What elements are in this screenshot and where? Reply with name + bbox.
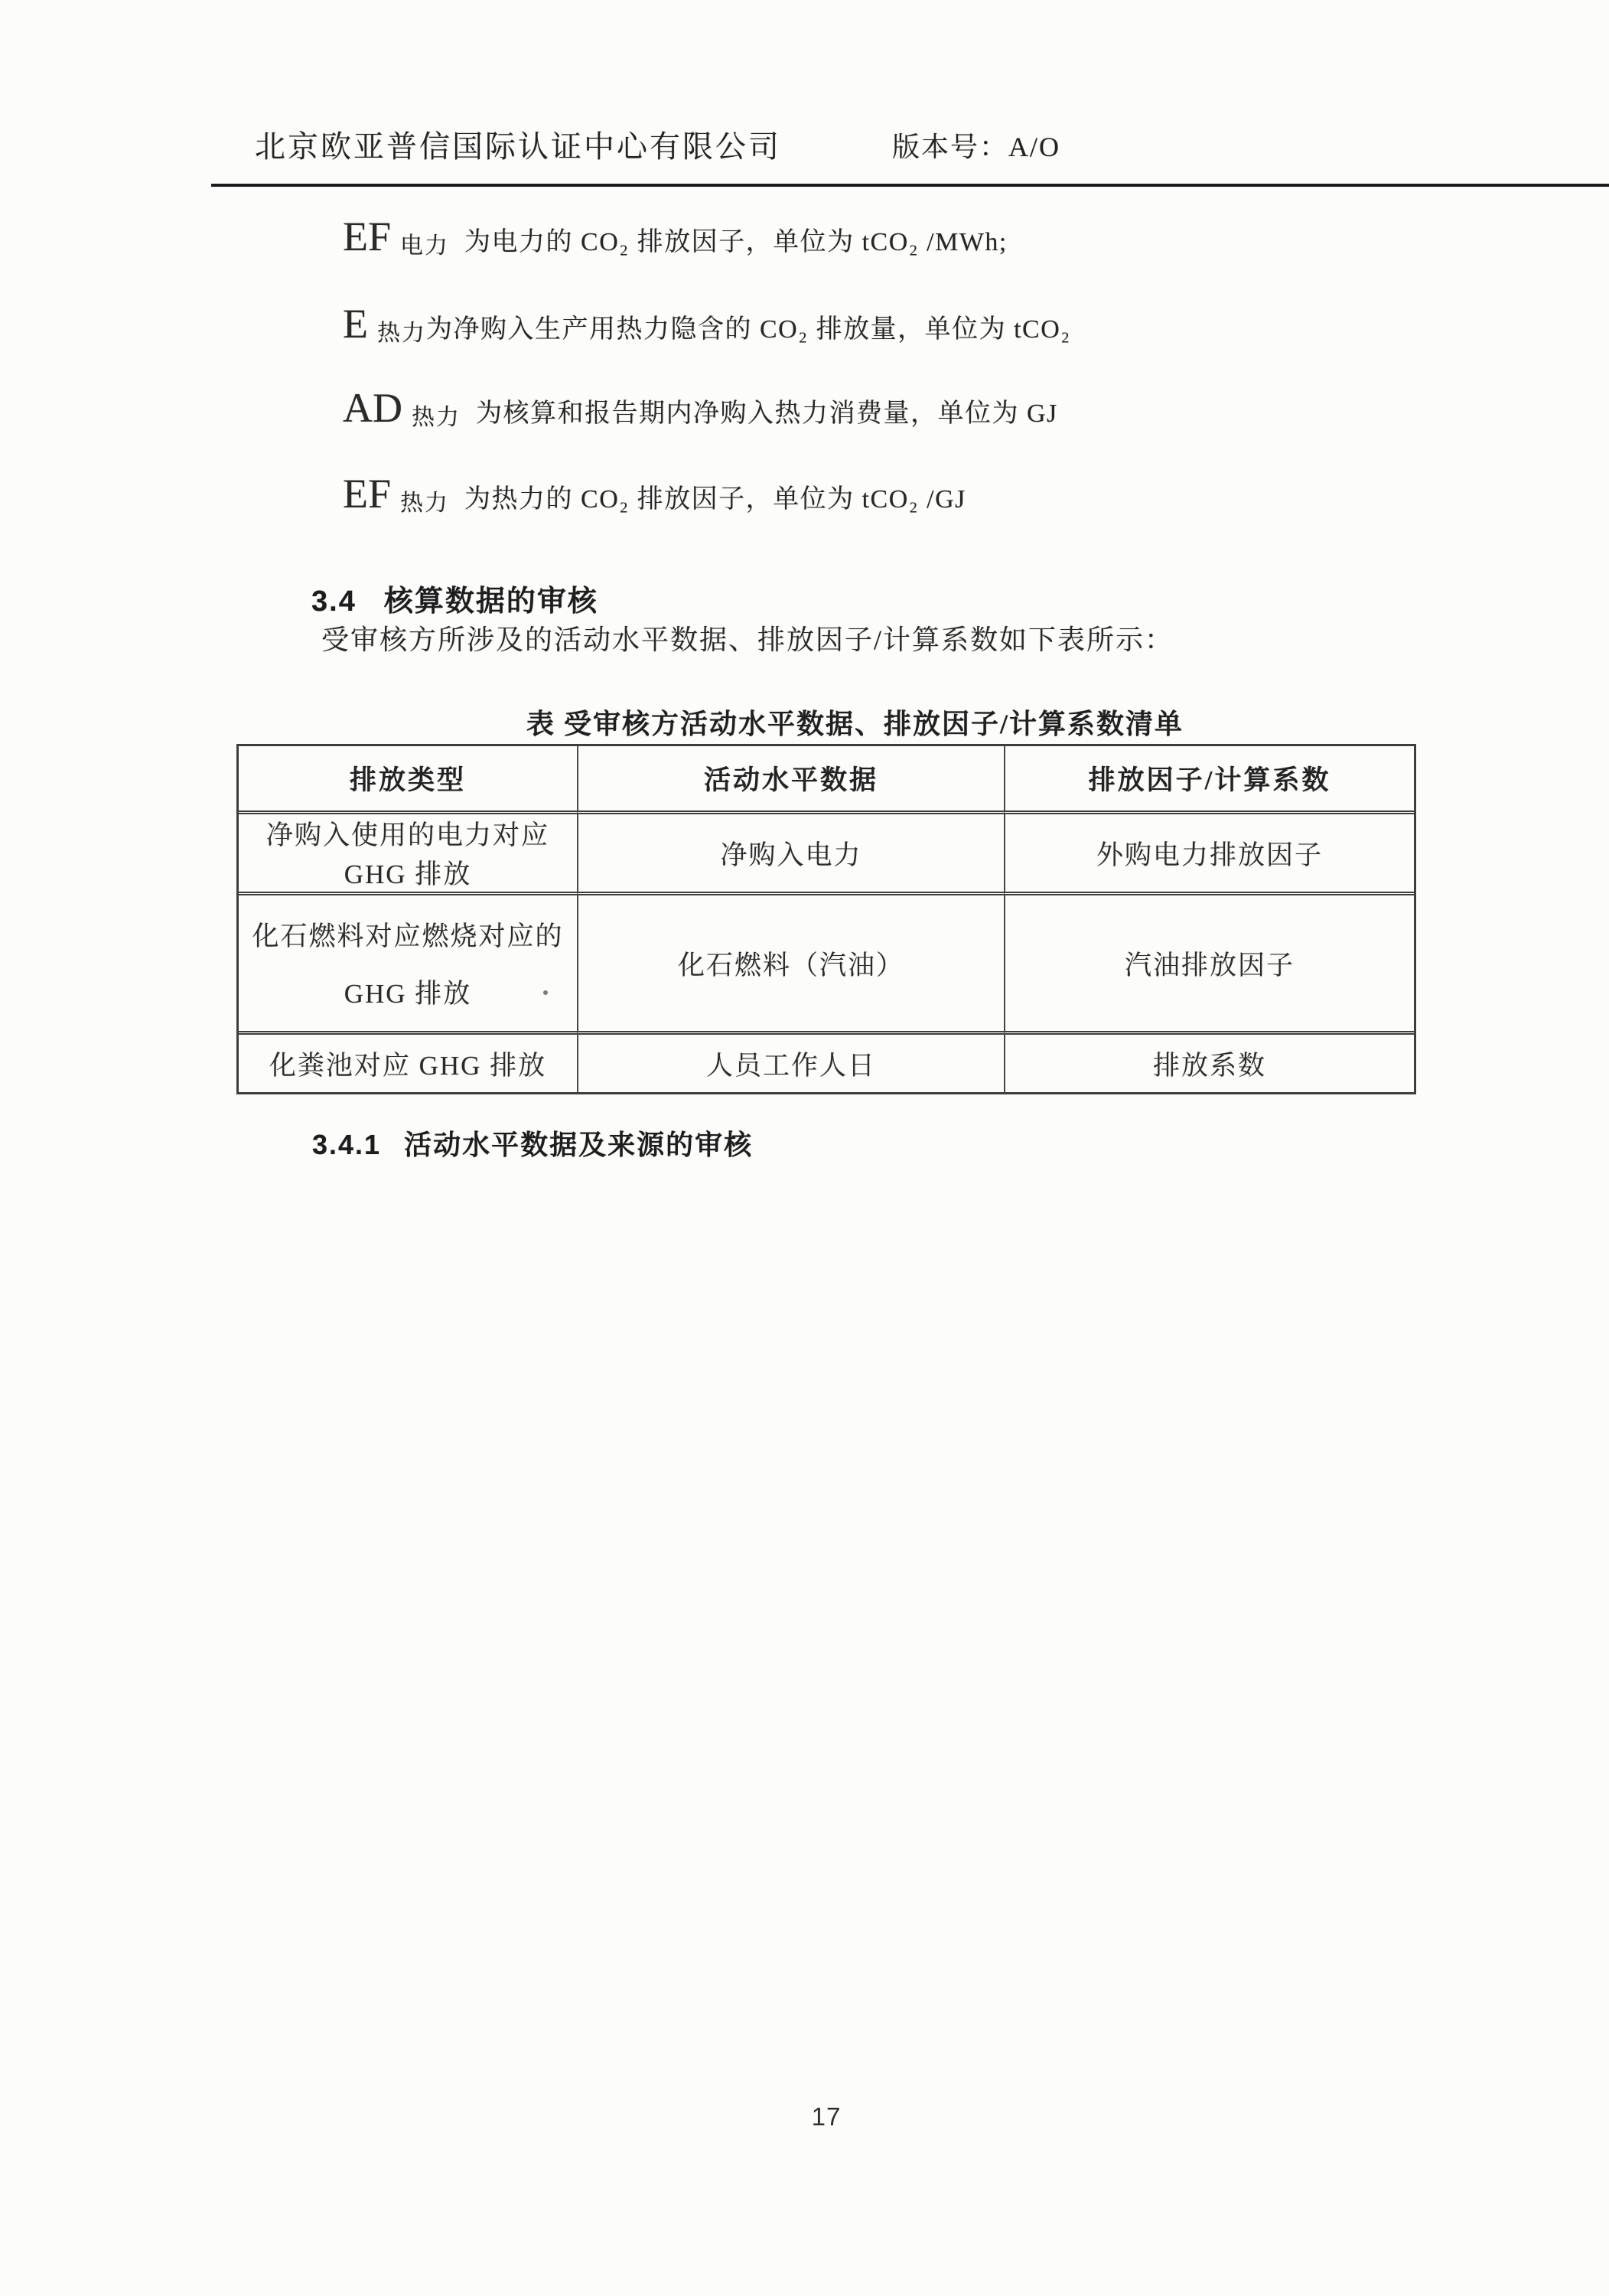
- variable-name: EF: [343, 473, 391, 514]
- section-number: 3.4.1: [312, 1129, 381, 1161]
- document-page: 北京欧亚普信国际认证中心有限公司 版本号：A/O EF 电力 为电力的 CO₂ …: [0, 0, 1609, 2296]
- activity-data-table: 排放类型 活动水平数据 排放因子/计算系数 净购入使用的电力对应 GHG 排放 …: [236, 744, 1416, 1094]
- header-company-name: 北京欧亚普信国际认证中心有限公司: [255, 122, 781, 166]
- table-cell-activity-data: 净购入电力: [577, 810, 1004, 892]
- variable-subscript: 电力: [400, 235, 449, 258]
- table-cell-emission-type: 化粪池对应 GHG 排放: [239, 1031, 577, 1092]
- variable-subscript: 热力: [377, 322, 426, 345]
- table-cell-activity-data: 人员工作人日: [577, 1031, 1004, 1092]
- variable-name: E: [343, 303, 368, 344]
- table-cell-emission-factor: 外购电力排放因子: [1004, 810, 1414, 892]
- section-title: 活动水平数据及来源的审核: [404, 1124, 753, 1163]
- table-caption: 表 受审核方活动水平数据、排放因子/计算系数清单: [526, 703, 1184, 742]
- header-version-label: 版本号：A/O: [892, 126, 1060, 165]
- table-header-activity-data: 活动水平数据: [577, 746, 1004, 810]
- section-heading-3-4-1: 3.4.1 活动水平数据及来源的审核: [312, 1124, 753, 1163]
- cell-line-stack: 化石燃料对应燃烧对应的 GHG 排放: [239, 895, 577, 1031]
- table-header-emission-type: 排放类型: [239, 746, 577, 810]
- variable-name: AD: [343, 387, 402, 429]
- table-cell-line: GHG 排放: [344, 973, 472, 1011]
- table-cell-line: GHG 排放: [344, 853, 472, 892]
- definition-text: 为核算和报告期内净购入热力消费量，单位为 GJ: [461, 401, 1058, 427]
- variable-name: EF: [343, 216, 391, 257]
- section-number: 3.4: [311, 585, 357, 618]
- table-cell-line: 化石燃料对应燃烧对应的: [252, 915, 563, 954]
- variable-subscript: 热力: [400, 492, 449, 515]
- formula-definition-ef-electricity: EF 电力 为电力的 CO₂ 排放因子，单位为 tCO₂ /MWh;: [343, 216, 1008, 257]
- table-cell-emission-type: 化石燃料对应燃烧对应的 GHG 排放: [239, 892, 577, 1031]
- page-number: 17: [812, 2102, 842, 2131]
- section-heading-3-4: 3.4 核算数据的审核: [311, 577, 598, 619]
- table-cell-emission-factor: 汽油排放因子: [1004, 892, 1414, 1031]
- header-divider-line: [211, 184, 1609, 187]
- definition-text: 为净购入生产用热力隐含的 CO₂ 排放量，单位为 tCO₂: [426, 317, 1071, 343]
- table-header-emission-factor: 排放因子/计算系数: [1004, 746, 1414, 810]
- section-title: 核算数据的审核: [384, 577, 598, 619]
- variable-subscript: 热力: [412, 406, 461, 429]
- table-cell-emission-type: 净购入使用的电力对应 GHG 排放: [239, 810, 577, 892]
- intro-paragraph: 受审核方所涉及的活动水平数据、排放因子/计算系数如下表所示：: [321, 618, 1174, 657]
- definition-text: 为热力的 CO₂ 排放因子，单位为 tCO₂ /GJ: [449, 487, 966, 513]
- cell-line-stack: 净购入使用的电力对应 GHG 排放: [239, 814, 577, 892]
- scan-artifact-dot: [543, 990, 548, 995]
- table-cell-line: 净购入使用的电力对应: [266, 814, 549, 853]
- formula-definition-e-heat: E 热力 为净购入生产用热力隐含的 CO₂ 排放量，单位为 tCO₂: [343, 303, 1071, 344]
- definition-text: 为电力的 CO₂ 排放因子，单位为 tCO₂ /MWh;: [449, 230, 1008, 256]
- formula-definition-ad-heat: AD 热力 为核算和报告期内净购入热力消费量，单位为 GJ: [343, 387, 1058, 429]
- formula-definition-ef-heat: EF 热力 为热力的 CO₂ 排放因子，单位为 tCO₂ /GJ: [343, 473, 966, 514]
- table-cell-emission-factor: 排放系数: [1004, 1031, 1414, 1092]
- table-cell-activity-data: 化石燃料（汽油）: [577, 892, 1004, 1031]
